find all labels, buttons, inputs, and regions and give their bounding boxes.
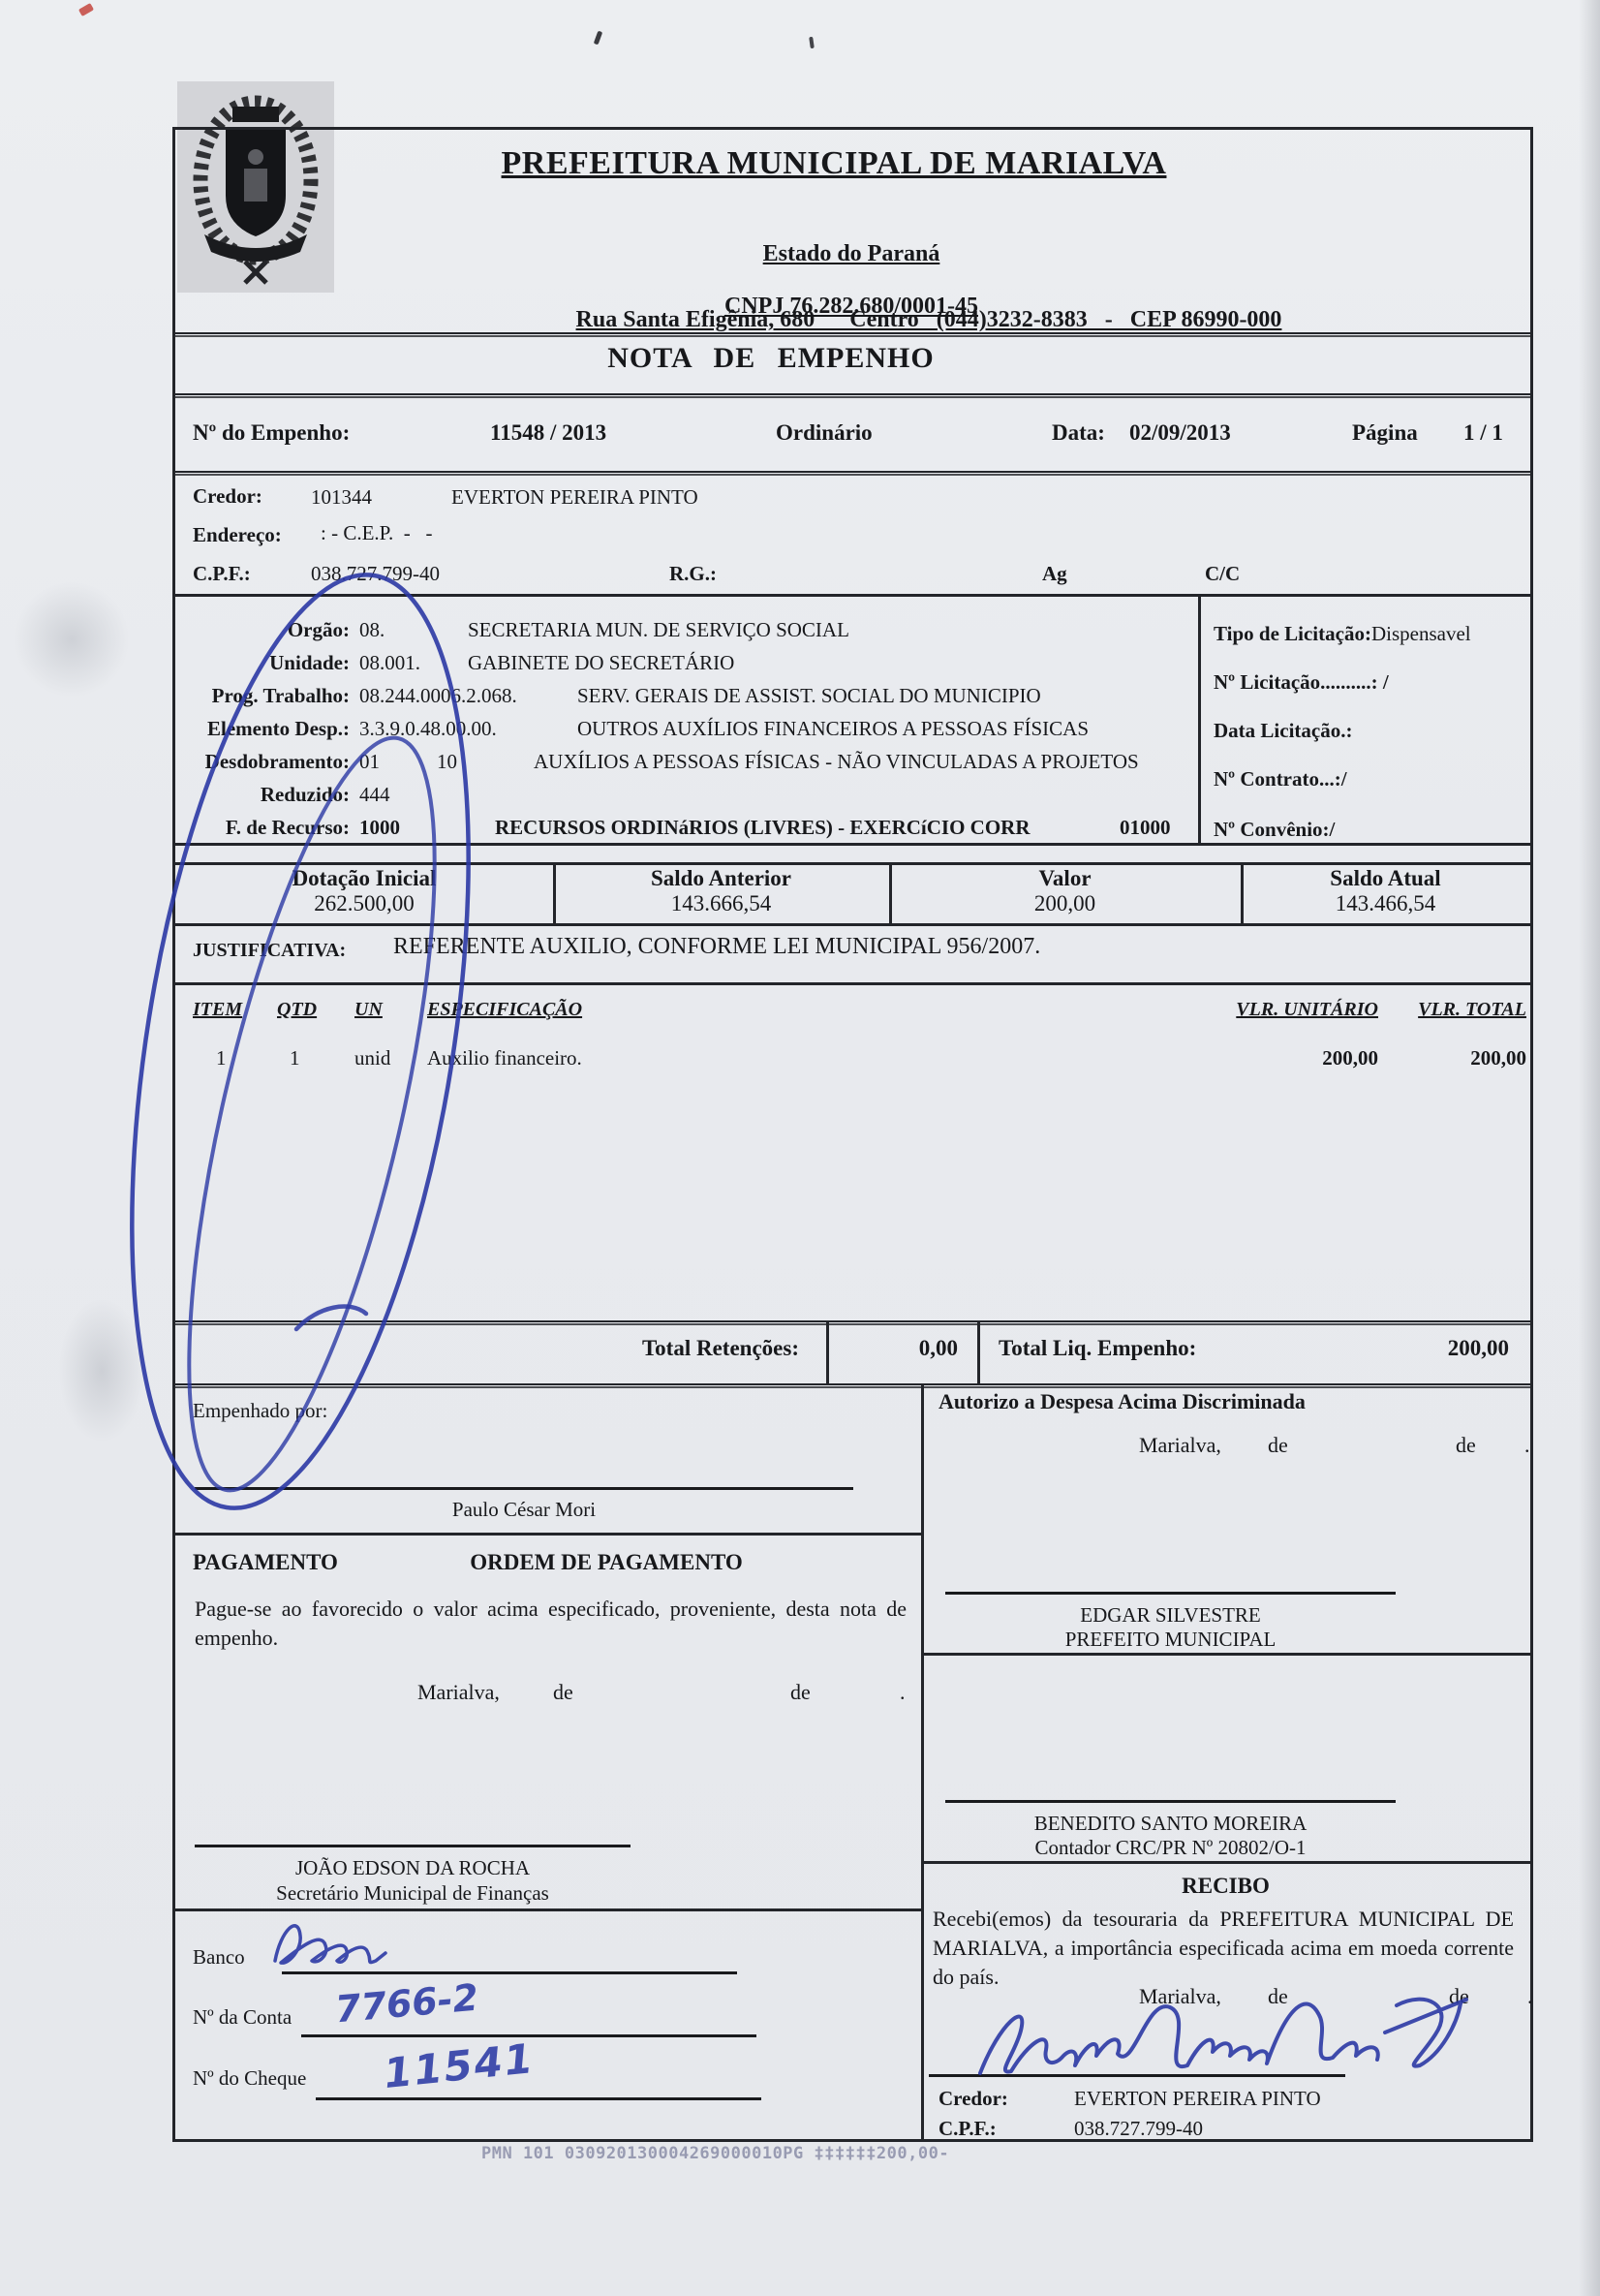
row-code: 01 <box>359 750 437 774</box>
row-code: 08.244.0006.2.068. <box>359 684 577 708</box>
row-code: 1000 <box>359 816 495 840</box>
credor-label: Credor: <box>938 2087 1008 2111</box>
col-value: 200,00 <box>1034 891 1095 915</box>
row-label: Orgão: <box>193 618 350 642</box>
classif-row-unidade: Unidade:08.001.GABINETE DO SECRETÁRIO <box>193 651 1190 675</box>
prefeito-nome: EDGAR SILVESTRE <box>945 1603 1396 1628</box>
scan-speck-pen <box>594 31 602 46</box>
total-retencoes-value: 0,00 <box>826 1336 958 1361</box>
classif-row-prog-trabalho: Prog. Trabalho:08.244.0006.2.068.SERV. G… <box>193 684 1190 708</box>
row-code: 3.3.9.0.48.00.00. <box>359 717 577 741</box>
row-desc: AUXÍLIOS A PESSOAS FÍSICAS - NÃO VINCULA… <box>534 750 1139 773</box>
item-row-esp: Auxilio financeiro. <box>427 1046 582 1070</box>
tipo-label: Tipo de Licitação: <box>1214 622 1371 645</box>
scan-speck-red <box>78 3 94 16</box>
licitacao-data: Data Licitação.: <box>1214 719 1352 743</box>
ag-label: Ag <box>1042 562 1067 586</box>
dot: . <box>1524 1433 1530 1458</box>
cidade: Marialva, <box>417 1680 500 1705</box>
dot: . <box>1527 1984 1533 2009</box>
prefeito-cargo: PREFEITO MUNICIPAL <box>945 1628 1396 1652</box>
row-desc: OUTROS AUXÍLIOS FINANCEIROS A PESSOAS FÍ… <box>577 717 1089 740</box>
licitacao-contrato: Nº Contrato...:/ <box>1214 767 1347 791</box>
item-header-qtd: QTD <box>277 999 317 1021</box>
signature-line <box>945 1592 1396 1595</box>
item-row-qtd: 1 <box>290 1046 300 1070</box>
banco-line <box>282 1971 737 1974</box>
conta-handwriting: 7766-2 <box>333 1976 479 2032</box>
col-header: Saldo Anterior <box>553 866 889 891</box>
col-value: 143.466,54 <box>1336 891 1436 915</box>
recibo-titulo: RECIBO <box>921 1874 1530 1899</box>
de: de <box>1268 1984 1288 2009</box>
rule <box>921 1653 1530 1656</box>
pagina-value: 1 / 1 <box>1463 420 1503 446</box>
cpf-value: 038.727.799-40 <box>311 562 440 586</box>
ordem-pagamento-titulo: ORDEM DE PAGAMENTO <box>398 1550 815 1575</box>
col-value: 143.666,54 <box>671 891 772 915</box>
licitacao-convenio: Nº Convênio:/ <box>1214 818 1335 842</box>
scan-smudge-left <box>14 581 130 698</box>
rule <box>175 862 1530 865</box>
classif-row-recurso: F. de Recurso:1000RECURSOS ORDINáRIOS (L… <box>193 816 1190 840</box>
row-label: Unidade: <box>193 651 350 675</box>
rule <box>175 332 1530 334</box>
rule <box>175 594 1530 597</box>
finance-secretary-nome: JOÃO EDSON DA ROCHA <box>195 1856 631 1880</box>
endereco-label: Endereço: <box>193 523 282 547</box>
rule <box>175 923 1530 926</box>
doc-title: NOTA DE EMPENHO <box>175 342 1367 375</box>
classif-row-elemento: Elemento Desp.:3.3.9.0.48.00.00.OUTROS A… <box>193 717 1190 741</box>
rule <box>175 1533 921 1536</box>
cheque-handwriting: 11541 <box>382 2034 537 2097</box>
item-row-vu: 200,00 <box>1322 1046 1378 1070</box>
pagina-label: Página <box>1352 420 1418 446</box>
total-retencoes-label: Total Retenções: <box>175 1336 799 1361</box>
cpf-label: C.P.F.: <box>938 2117 997 2141</box>
conta-label: Nº da Conta <box>193 2005 292 2030</box>
rule <box>175 1320 1530 1322</box>
item-row-item: 1 <box>216 1046 227 1070</box>
de: de <box>1449 1984 1469 2009</box>
rule <box>175 982 1530 985</box>
row-desc: SERV. GERAIS DE ASSIST. SOCIAL DO MUNICI… <box>577 684 1041 707</box>
empenho-tipo: Ordinário <box>776 420 873 446</box>
licitacao-divider <box>1198 594 1201 843</box>
signature-line <box>195 1487 853 1490</box>
row-code: 444 <box>359 783 390 807</box>
rule <box>175 1383 1530 1385</box>
item-header-esp: ESPECIFICAÇÃO <box>427 999 582 1021</box>
recurso-code-right: 01000 <box>1120 816 1171 840</box>
cidade: Marialva, <box>1139 1984 1221 2009</box>
de: de <box>1268 1433 1288 1458</box>
item-header-item: ITEM <box>193 999 242 1021</box>
org-state: Estado do Paraná <box>763 241 940 266</box>
pagamento-texto: Pague-se ao favorecido o valor acima esp… <box>195 1595 907 1653</box>
rg-label: R.G.: <box>669 562 717 586</box>
row-desc: RECURSOS ORDINáRIOS (LIVRES) - EXERCíCIO… <box>495 816 1031 839</box>
licitacao-num: Nº Licitação..........: / <box>1214 670 1389 695</box>
rule <box>175 393 1530 395</box>
item-header-un: UN <box>354 999 383 1021</box>
banco-label: Banco <box>193 1945 245 1970</box>
item-header-vlr-total: VLR. TOTAL <box>1418 999 1526 1021</box>
totais-divider <box>977 1320 980 1383</box>
finance-secretary-cargo: Secretário Municipal de Finanças <box>195 1881 631 1906</box>
justificativa-texto: REFERENTE AUXILIO, CONFORME LEI MUNICIPA… <box>393 934 1040 960</box>
rule <box>921 1861 1530 1864</box>
credor-value: EVERTON PEREIRA PINTO <box>1074 2087 1321 2111</box>
cpf-value: 038.727.799-40 <box>1074 2117 1203 2141</box>
credor-code: 101344 <box>311 485 372 510</box>
empenhado-assinante: Paulo César Mori <box>195 1498 853 1522</box>
cheque-line <box>316 2097 761 2100</box>
classif-row-reduzido: Reduzido:444 <box>193 783 1190 807</box>
cheque-label: Nº do Cheque <box>193 2066 306 2091</box>
form-frame: PREFEITURA MUNICIPAL DE MARIALVA Estado … <box>172 127 1533 2142</box>
rule <box>175 471 1530 473</box>
empenho-num-label: Nº do Empenho: <box>193 420 350 446</box>
col-header: Dotação Inicial <box>175 866 553 891</box>
valor-cell: Valor200,00 <box>889 866 1241 924</box>
signature-line <box>195 1845 631 1847</box>
total-liq-value: 200,00 <box>1308 1336 1509 1361</box>
scanned-document-page: PREFEITURA MUNICIPAL DE MARIALVA Estado … <box>0 0 1600 2296</box>
endereco-value: : - C.E.P. - - <box>321 521 433 545</box>
de: de <box>553 1680 573 1705</box>
pagamento-titulo: PAGAMENTO <box>193 1550 338 1575</box>
dotacao-inicial-cell: Dotação Inicial262.500,00 <box>175 866 553 924</box>
signature-line <box>945 1800 1396 1803</box>
row-desc: SECRETARIA MUN. DE SERVIÇO SOCIAL <box>468 618 849 641</box>
de: de <box>1456 1433 1476 1458</box>
contador-cargo: Contador CRC/PR Nº 20802/O-1 <box>945 1836 1396 1860</box>
row-label: Prog. Trabalho: <box>193 684 350 708</box>
col-header: Valor <box>889 866 1241 891</box>
row-label: Elemento Desp.: <box>193 717 350 741</box>
rule <box>175 843 1530 846</box>
empenho-data-label: Data: <box>1052 420 1105 446</box>
cidade: Marialva, <box>1139 1433 1221 1458</box>
dot: . <box>900 1680 906 1705</box>
row-code: 08.001. <box>359 651 468 675</box>
rule <box>175 1908 921 1911</box>
lower-column-divider <box>921 1383 924 2139</box>
row-code: 08. <box>359 618 468 642</box>
credor-label: Credor: <box>193 484 262 509</box>
row-label: Desdobramento: <box>193 750 350 774</box>
row-code2: 10 <box>437 750 534 774</box>
contador-nome: BENEDITO SANTO MOREIRA <box>945 1812 1396 1836</box>
classif-row-desdobramento: Desdobramento:0110AUXÍLIOS A PESSOAS FÍS… <box>193 750 1190 774</box>
item-header-vlr-unitario: VLR. UNITÁRIO <box>1236 999 1378 1021</box>
total-liq-label: Total Liq. Empenho: <box>999 1336 1196 1361</box>
row-label: Reduzido: <box>193 783 350 807</box>
autorizo-titulo: Autorizo a Despesa Acima Discriminada <box>938 1389 1306 1414</box>
item-row-un: unid <box>354 1046 390 1070</box>
empenho-data: 02/09/2013 <box>1129 420 1231 446</box>
recibo-texto: Recebi(emos) da tesouraria da PREFEITURA… <box>933 1905 1514 1992</box>
cc-label: C/C <box>1205 562 1240 586</box>
col-value: 262.500,00 <box>314 891 415 915</box>
cpf-label: C.P.F.: <box>193 562 251 586</box>
classif-row-orgao: Orgão:08.SECRETARIA MUN. DE SERVIÇO SOCI… <box>193 618 1190 642</box>
de: de <box>790 1680 811 1705</box>
tipo-value: Dispensavel <box>1371 622 1471 645</box>
credor-nome: EVERTON PEREIRA PINTO <box>451 485 698 510</box>
scan-speck-pen2 <box>809 37 815 48</box>
col-header: Saldo Atual <box>1241 866 1530 891</box>
item-row-vt: 200,00 <box>1470 1046 1526 1070</box>
empenhado-por-label: Empenhado por: <box>193 1399 327 1423</box>
scan-smudge-left2 <box>58 1298 145 1443</box>
row-label: F. de Recurso: <box>193 816 350 840</box>
saldo-anterior-cell: Saldo Anterior143.666,54 <box>553 866 889 924</box>
justificativa-label: JUSTIFICATIVA: <box>193 940 346 962</box>
credor-signature-line <box>929 2074 1345 2077</box>
org-address: Rua Santa Efigênia, 680 Centro (044)3232… <box>576 307 1282 332</box>
org-title: PREFEITURA MUNICIPAL DE MARIALVA <box>350 145 1318 182</box>
licitacao-tipo: Tipo de Licitação:Dispensavel <box>1214 622 1471 646</box>
row-desc: GABINETE DO SECRETÁRIO <box>468 651 734 674</box>
saldo-atual-cell: Saldo Atual143.466,54 <box>1241 866 1530 924</box>
dot-matrix-footer: PMN 101 030920130004269000010PG ‡‡‡‡‡‡20… <box>481 2144 949 2163</box>
empenho-num: 11548 / 2013 <box>490 420 606 446</box>
